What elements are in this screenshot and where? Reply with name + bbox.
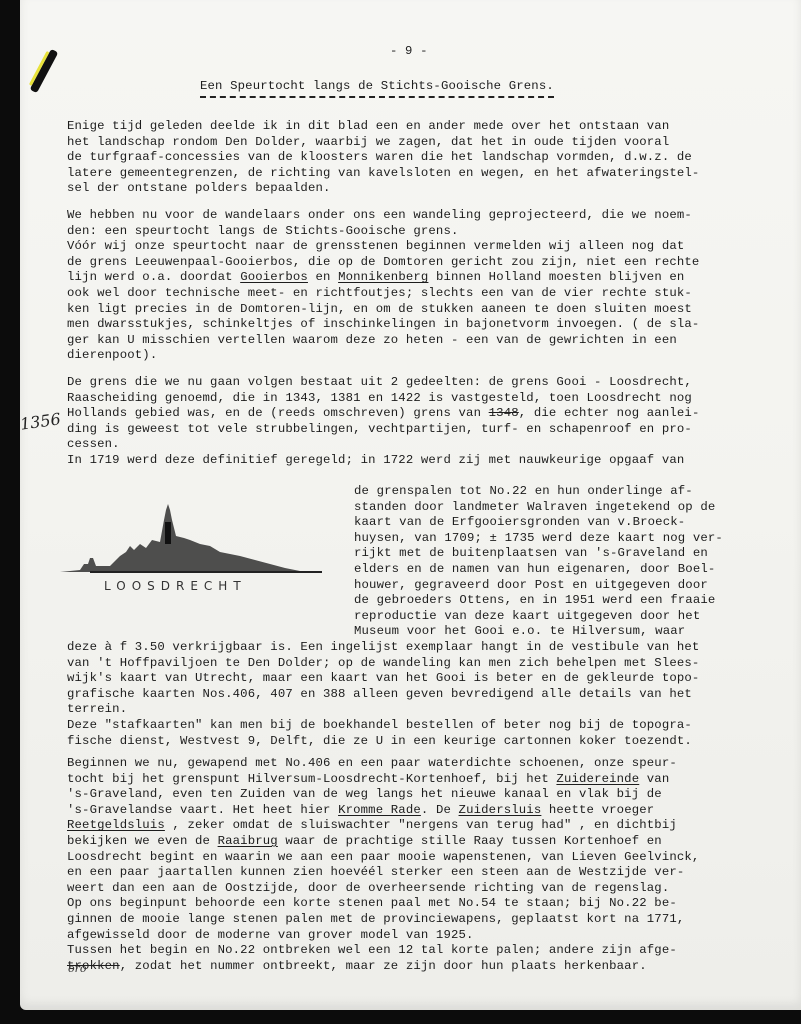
paragraph-5: Beginnen we nu, gewapend met No.406 en e…: [67, 756, 699, 974]
paragraph-3-right-column: de grenspalen tot No.22 en hun onderling…: [354, 484, 723, 640]
page-title: Een Speurtocht langs de Stichts-Gooische…: [200, 79, 554, 98]
page-number: - 9 -: [390, 44, 428, 60]
paragraph-3: De grens die we nu gaan volgen bestaat u…: [67, 375, 700, 469]
handwritten-correction: oro: [68, 962, 87, 975]
paragraph-2: We hebben nu voor de wandelaars onder on…: [67, 208, 699, 364]
illustration-caption: LOOSDRECHT: [104, 579, 247, 593]
paragraph-4: deze à f 3.50 verkrijgbaar is. Een ingel…: [67, 640, 699, 749]
paragraph-1: Enige tijd geleden deelde ik in dit blad…: [67, 119, 699, 197]
